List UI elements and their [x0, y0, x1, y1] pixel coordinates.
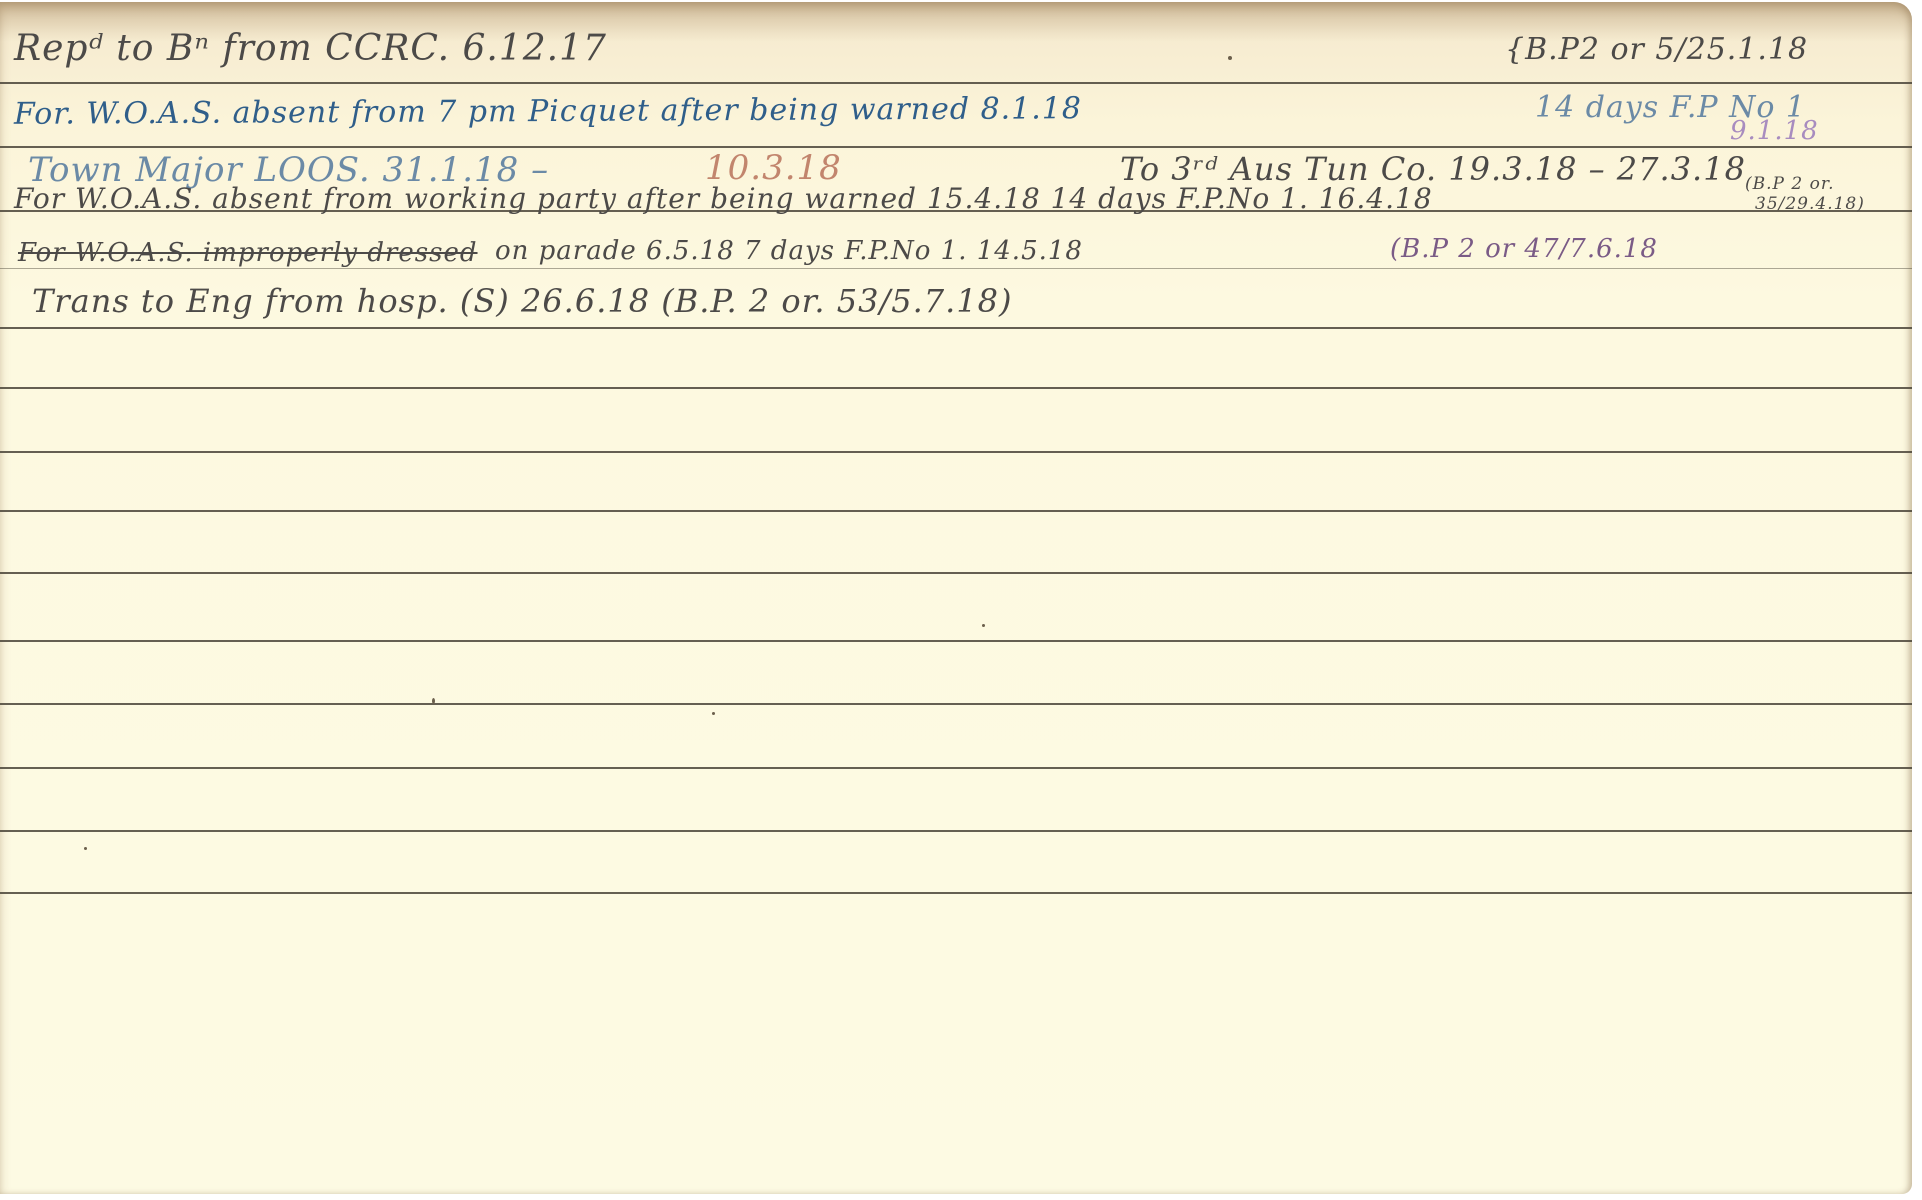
- entry-transferred-to-england: Trans to Eng from hosp. (S) 26.6.18 (B.P…: [32, 282, 1013, 320]
- record-card: Repᵈ to Bⁿ from CCRC. 6.12.17 {B.P2 or 5…: [0, 2, 1912, 1194]
- entry-struck-improperly-dressed: For W.O.A.S. improperly dressed: [18, 238, 478, 268]
- ruled-line: [0, 268, 1912, 269]
- entry-improperly-dressed-on-parade: on parade 6.5.18 7 days F.P.No 1. 14.5.1…: [495, 236, 1083, 266]
- margin-note-bp-order-5: {B.P2 or 5/25.1.18: [1505, 32, 1808, 67]
- entry-date-9-1-18: 9.1.18: [1730, 116, 1819, 146]
- paper-blemish: [982, 624, 985, 627]
- ruled-line: [0, 703, 1912, 705]
- ruled-line: [0, 451, 1912, 453]
- ruled-line: [0, 146, 1912, 148]
- entry-absent-from-working-party: For W.O.A.S. absent from working party a…: [14, 182, 1433, 215]
- ruled-line: [0, 510, 1912, 512]
- ruled-line: [0, 830, 1912, 832]
- entry-absent-from-picquet: For. W.O.A.S. absent from 7 pm Picquet a…: [14, 91, 1082, 132]
- entry-ref-bp-order-47: (B.P 2 or 47/7.6.18: [1390, 234, 1658, 264]
- entry-reported-to-battalion: Repᵈ to Bⁿ from CCRC. 6.12.17: [14, 28, 607, 69]
- paper-blemish: [1228, 56, 1232, 60]
- ruled-line: [0, 572, 1912, 574]
- paper-blemish: [712, 712, 715, 715]
- ruled-line: [0, 892, 1912, 894]
- ruled-line: [0, 387, 1912, 389]
- entry-ref-bp-order-35-top: (B.P 2 or.: [1745, 174, 1835, 194]
- entry-ref-bp-order-35-bottom: 35/29.4.18): [1755, 194, 1865, 214]
- ruled-line: [0, 767, 1912, 769]
- paper-blemish: [84, 847, 87, 850]
- paper-blemish: [432, 698, 435, 704]
- ruled-line: [0, 640, 1912, 642]
- ruled-line: [0, 327, 1912, 329]
- ruled-line: [0, 82, 1912, 84]
